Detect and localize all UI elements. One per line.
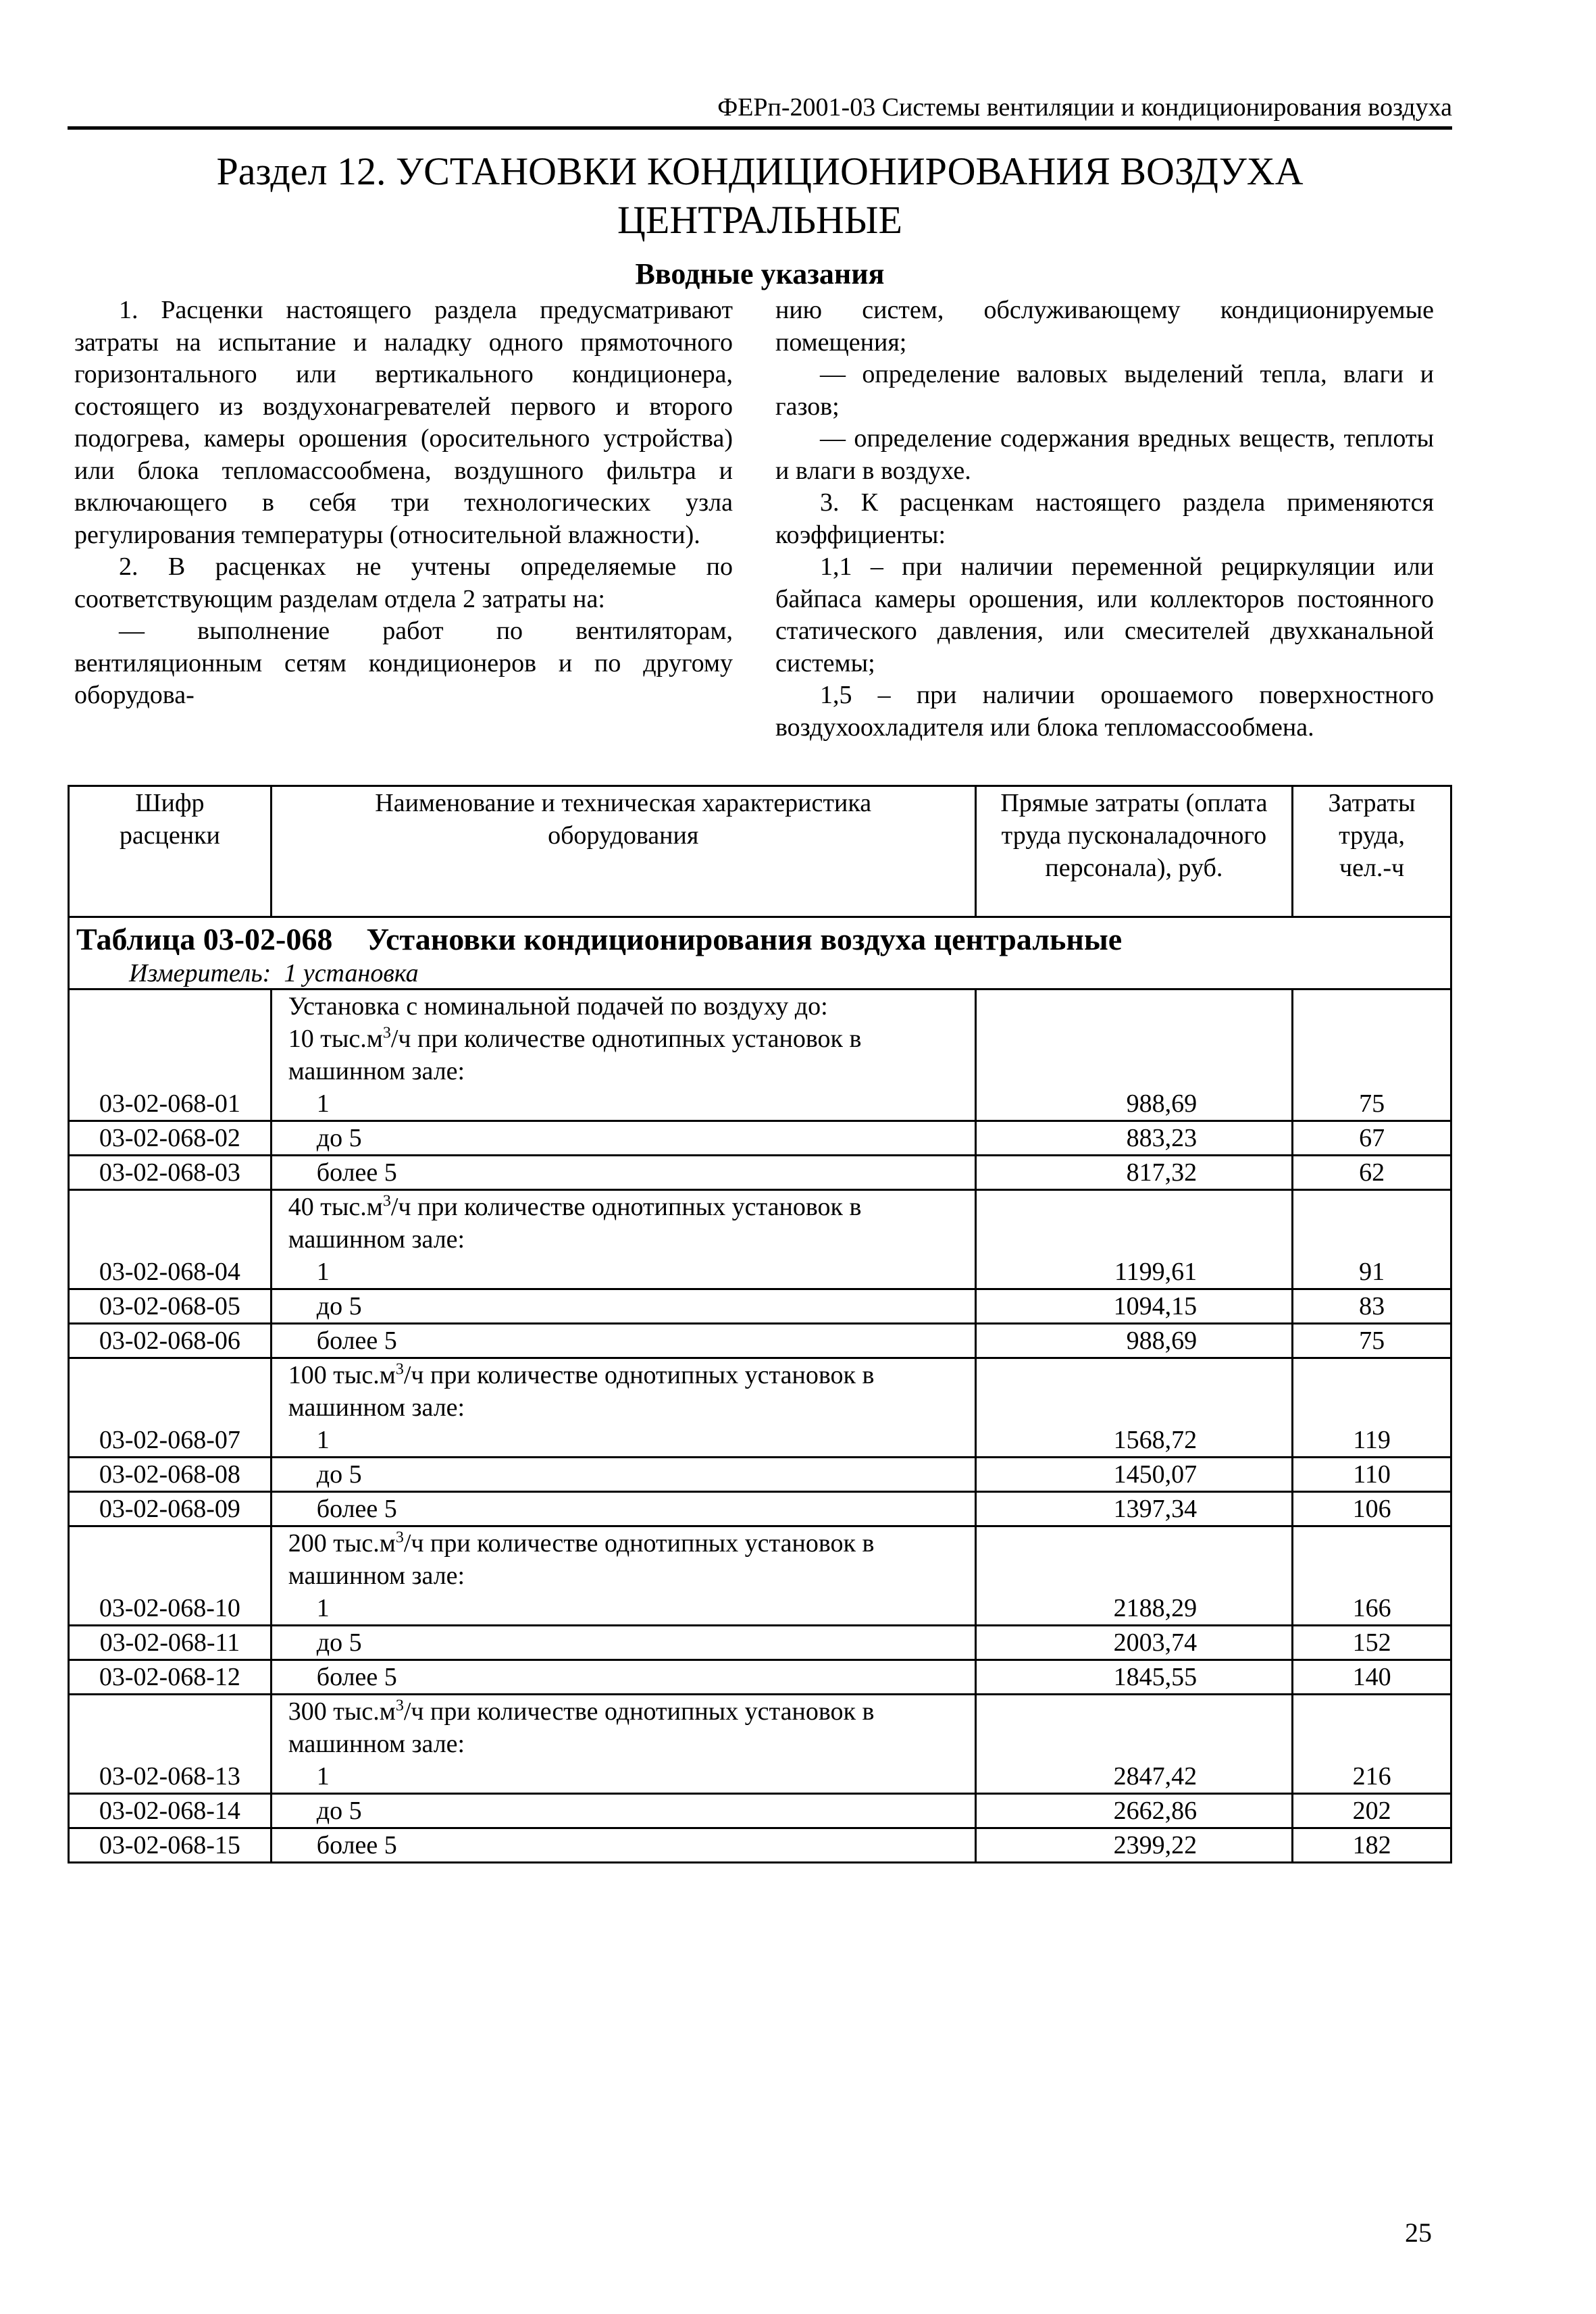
direct-cost: 1568,72 <box>975 1358 1293 1458</box>
labor-cost: 182 <box>1293 1828 1451 1863</box>
table-number: Таблица 03-02-068 <box>76 922 332 956</box>
table-header-row: Шифр расценки Наименование и техническая… <box>69 786 1451 917</box>
group-intro: Установка с номинальной подачей по возду… <box>288 990 969 1023</box>
direct-cost: 1397,34 <box>975 1492 1293 1526</box>
intro-left-column: 1. Расценки настоящего раздела предусмат… <box>74 294 733 712</box>
intro-paragraph: 2. В расценках не учтены определяемые по… <box>74 551 733 615</box>
labor-cost: 91 <box>1293 1190 1451 1289</box>
unit-count: более 5 <box>288 1156 969 1189</box>
labor-cost: 67 <box>1293 1121 1451 1156</box>
equipment-description: Установка с номинальной подачей по возду… <box>271 989 975 1121</box>
unit-count: до 5 <box>288 1122 969 1154</box>
rate-code: 03-02-068-10 <box>69 1526 272 1626</box>
header-name: Наименование и техническая характеристик… <box>271 786 975 917</box>
section-title-line-2: ЦЕНТРАЛЬНЫЕ <box>68 196 1452 245</box>
direct-cost: 988,69 <box>975 989 1293 1121</box>
section-title-line-1: Раздел 12. УСТАНОВКИ КОНДИЦИОНИРОВАНИЯ В… <box>68 147 1452 196</box>
equipment-description: 40 тыс.м3/ч при количестве однотипных ус… <box>271 1190 975 1289</box>
labor-cost: 166 <box>1293 1526 1451 1626</box>
rate-code: 03-02-068-03 <box>69 1156 272 1190</box>
table-title-row: Таблица 03-02-068Установки кондициониров… <box>69 917 1451 989</box>
unit-count: 1 <box>288 1087 969 1120</box>
unit-count: до 5 <box>288 1458 969 1491</box>
equipment-description: более 5 <box>271 1660 975 1695</box>
labor-cost: 119 <box>1293 1358 1451 1458</box>
labor-cost: 75 <box>1293 1324 1451 1358</box>
rate-code: 03-02-068-15 <box>69 1828 272 1863</box>
labor-cost: 152 <box>1293 1626 1451 1660</box>
rate-code: 03-02-068-08 <box>69 1458 272 1492</box>
table-row: 03-02-068-13300 тыс.м3/ч при количестве … <box>69 1695 1451 1794</box>
equipment-description: более 5 <box>271 1828 975 1863</box>
table-name: Установки кондиционирования воздуха цент… <box>366 922 1122 956</box>
direct-cost: 883,23 <box>975 1121 1293 1156</box>
labor-cost: 106 <box>1293 1492 1451 1526</box>
unit-count: до 5 <box>288 1290 969 1322</box>
equipment-description: более 5 <box>271 1492 975 1526</box>
rate-code: 03-02-068-12 <box>69 1660 272 1695</box>
unit-count: 1 <box>288 1424 969 1456</box>
direct-cost: 1094,15 <box>975 1289 1293 1324</box>
table-row: 03-02-068-01Установка с номинальной пода… <box>69 989 1451 1121</box>
group-capacity-label: 40 тыс.м3/ч при количестве однотипных ус… <box>288 1191 969 1256</box>
labor-cost: 62 <box>1293 1156 1451 1190</box>
intro-paragraph: — выполнение работ по вентиляторам, вент… <box>74 615 733 712</box>
unit-count: более 5 <box>288 1829 969 1861</box>
direct-cost: 2003,74 <box>975 1626 1293 1660</box>
section-title: Раздел 12. УСТАНОВКИ КОНДИЦИОНИРОВАНИЯ В… <box>68 147 1452 245</box>
rate-code: 03-02-068-14 <box>69 1794 272 1828</box>
group-capacity-label: 10 тыс.м3/ч при количестве однотипных ус… <box>288 1023 969 1087</box>
intro-right-column: нию систем, обслуживающему кондиционируе… <box>775 294 1434 744</box>
table-row: 03-02-068-08до 51450,07110 <box>69 1458 1451 1492</box>
intro-paragraph: — определение содержания вредных веществ… <box>775 423 1434 487</box>
table-row: 03-02-068-09более 51397,34106 <box>69 1492 1451 1526</box>
table-row: 03-02-068-05до 51094,1583 <box>69 1289 1451 1324</box>
direct-cost: 1845,55 <box>975 1660 1293 1695</box>
intro-paragraph: 1,1 – при наличии переменной рециркуляци… <box>775 551 1434 679</box>
group-capacity-label: 300 тыс.м3/ч при количестве однотипных у… <box>288 1695 969 1760</box>
direct-cost: 1199,61 <box>975 1190 1293 1289</box>
direct-cost: 2847,42 <box>975 1695 1293 1794</box>
labor-cost: 83 <box>1293 1289 1451 1324</box>
table-row: 03-02-068-12более 51845,55140 <box>69 1660 1451 1695</box>
equipment-description: более 5 <box>271 1324 975 1358</box>
direct-cost: 2662,86 <box>975 1794 1293 1828</box>
rate-code: 03-02-068-01 <box>69 989 272 1121</box>
table-row: 03-02-068-15более 52399,22182 <box>69 1828 1451 1863</box>
table-row: 03-02-068-11до 52003,74152 <box>69 1626 1451 1660</box>
equipment-description: более 5 <box>271 1156 975 1190</box>
equipment-description: до 5 <box>271 1794 975 1828</box>
rate-code: 03-02-068-13 <box>69 1695 272 1794</box>
intro-heading: Вводные указания <box>68 255 1452 293</box>
rate-code: 03-02-068-09 <box>69 1492 272 1526</box>
labor-cost: 216 <box>1293 1695 1451 1794</box>
direct-cost: 988,69 <box>975 1324 1293 1358</box>
rate-code: 03-02-068-06 <box>69 1324 272 1358</box>
table-row: 03-02-068-02до 5883,2367 <box>69 1121 1451 1156</box>
equipment-description: 100 тыс.м3/ч при количестве однотипных у… <box>271 1358 975 1458</box>
labor-cost: 110 <box>1293 1458 1451 1492</box>
table-row: 03-02-068-03более 5817,3262 <box>69 1156 1451 1190</box>
direct-cost: 2399,22 <box>975 1828 1293 1863</box>
header-labor: Затраты труда, чел.-ч <box>1293 786 1451 917</box>
unit-count: 1 <box>288 1592 969 1624</box>
running-header: ФЕРп-2001-03 Системы вентиляции и кондиц… <box>68 91 1452 130</box>
page-number: 25 <box>1405 2217 1432 2249</box>
intro-paragraph: 3. К расценкам настоящего раздела примен… <box>775 487 1434 551</box>
equipment-description: до 5 <box>271 1458 975 1492</box>
unit-count: более 5 <box>288 1661 969 1693</box>
table-row: 03-02-068-0440 тыс.м3/ч при количестве о… <box>69 1190 1451 1289</box>
labor-cost: 202 <box>1293 1794 1451 1828</box>
table-row: 03-02-068-10200 тыс.м3/ч при количестве … <box>69 1526 1451 1626</box>
table-title: Таблица 03-02-068Установки кондициониров… <box>76 921 1443 958</box>
unit-count: более 5 <box>288 1493 969 1525</box>
rate-code: 03-02-068-02 <box>69 1121 272 1156</box>
unit-count: до 5 <box>288 1795 969 1827</box>
intro-paragraph: 1,5 – при наличии орошаемого поверхностн… <box>775 679 1434 744</box>
rate-code: 03-02-068-07 <box>69 1358 272 1458</box>
table-title-cell: Таблица 03-02-068Установки кондициониров… <box>69 917 1451 989</box>
equipment-description: 200 тыс.м3/ч при количестве однотипных у… <box>271 1526 975 1626</box>
group-capacity-label: 100 тыс.м3/ч при количестве однотипных у… <box>288 1359 969 1424</box>
intro-paragraph: — определение валовых выделений тепла, в… <box>775 359 1434 423</box>
equipment-description: до 5 <box>271 1626 975 1660</box>
table-row: 03-02-068-07100 тыс.м3/ч при количестве … <box>69 1358 1451 1458</box>
intro-paragraph: нию систем, обслуживающему кондиционируе… <box>775 294 1434 359</box>
rate-code: 03-02-068-05 <box>69 1289 272 1324</box>
header-direct-costs: Прямые затраты (оплата труда пусконаладо… <box>975 786 1293 917</box>
direct-cost: 1450,07 <box>975 1458 1293 1492</box>
header-code: Шифр расценки <box>69 786 272 917</box>
rate-code: 03-02-068-04 <box>69 1190 272 1289</box>
table-row: 03-02-068-14до 52662,86202 <box>69 1794 1451 1828</box>
unit-count: 1 <box>288 1256 969 1288</box>
equipment-description: 300 тыс.м3/ч при количестве однотипных у… <box>271 1695 975 1794</box>
unit-count: до 5 <box>288 1626 969 1659</box>
equipment-description: до 5 <box>271 1121 975 1156</box>
rates-table: Шифр расценки Наименование и техническая… <box>68 785 1452 1863</box>
direct-cost: 2188,29 <box>975 1526 1293 1626</box>
labor-cost: 75 <box>1293 989 1451 1121</box>
unit-count: более 5 <box>288 1325 969 1357</box>
intro-paragraph: 1. Расценки настоящего раздела предусмат… <box>74 294 733 551</box>
table-row: 03-02-068-06более 5988,6975 <box>69 1324 1451 1358</box>
measure-unit: Измеритель: 1 установка <box>76 958 1443 988</box>
unit-count: 1 <box>288 1760 969 1793</box>
rate-code: 03-02-068-11 <box>69 1626 272 1660</box>
labor-cost: 140 <box>1293 1660 1451 1695</box>
group-capacity-label: 200 тыс.м3/ч при количестве однотипных у… <box>288 1527 969 1592</box>
equipment-description: до 5 <box>271 1289 975 1324</box>
direct-cost: 817,32 <box>975 1156 1293 1190</box>
